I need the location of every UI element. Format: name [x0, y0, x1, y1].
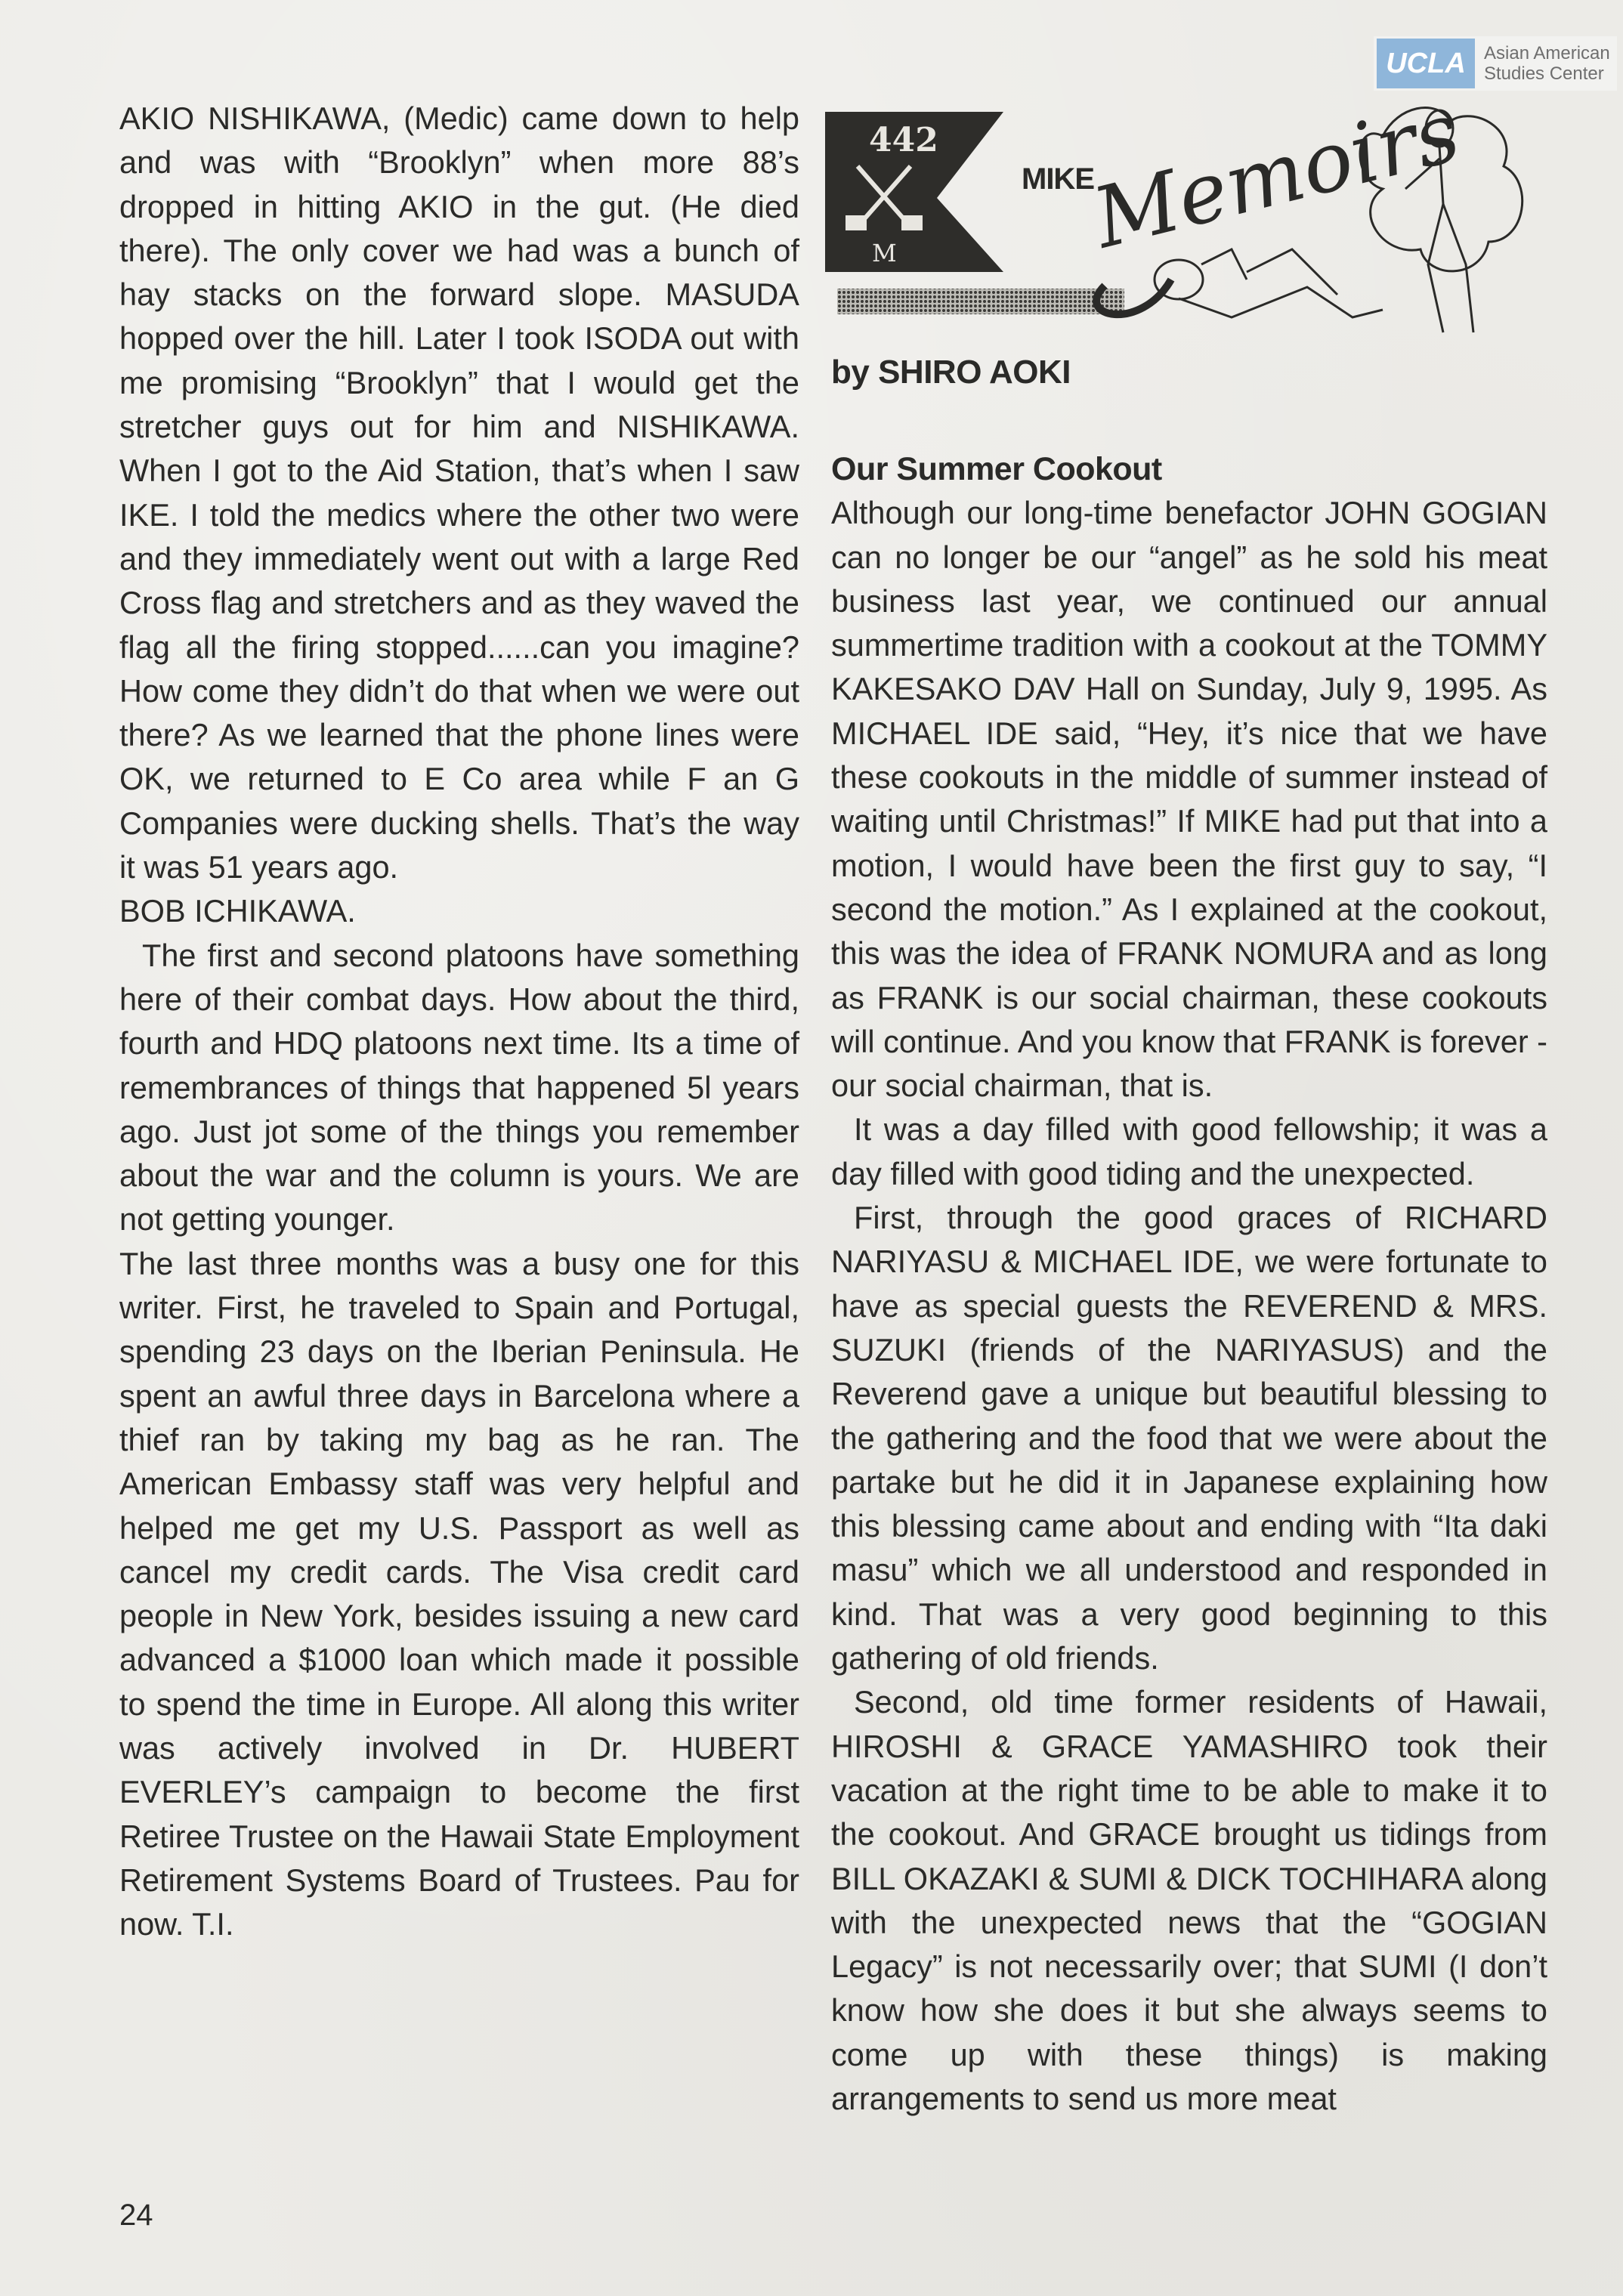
paragraph: The first and second platoons have somet… — [119, 934, 799, 1242]
right-column: Our Summer Cookout Although our long-tim… — [831, 447, 1547, 2121]
svg-text:442: 442 — [869, 121, 938, 159]
page-number: 24 — [119, 2199, 153, 2233]
signature: BOB ICHIKAWA. — [119, 889, 799, 933]
svg-text:M: M — [872, 239, 897, 267]
paragraph: It was a day filled with good fellowship… — [831, 1108, 1547, 1196]
svg-text:Memoirs: Memoirs — [1083, 91, 1469, 267]
center-name-line2: Studies Center — [1484, 63, 1610, 84]
ucla-aasc-badge: UCLA Asian American Studies Center — [1374, 36, 1617, 91]
soldier-illustration-icon — [1155, 249, 1383, 317]
paragraph: The last three months was a busy one for… — [119, 1242, 799, 1947]
ucla-logo: UCLA — [1377, 39, 1475, 88]
center-name: Asian American Studies Center — [1484, 43, 1610, 84]
halftone-bar — [837, 289, 1124, 314]
paragraph: AKIO NISHIKAWA, (Medic) came down to hel… — [119, 97, 799, 889]
paragraph: Second, old time former residents of Haw… — [831, 1680, 1547, 2121]
mike-memoirs-masthead: 442 M MIKE Memoirs — [824, 91, 1617, 348]
byline: by SHIRO AOKI — [831, 354, 1071, 391]
center-name-line1: Asian American — [1484, 43, 1610, 63]
left-column: AKIO NISHIKAWA, (Medic) came down to hel… — [119, 97, 799, 1946]
svg-text:MIKE: MIKE — [1022, 162, 1094, 196]
masthead-illustration: 442 M MIKE Memoirs — [824, 91, 1617, 348]
paragraph: First, through the good graces of RICHAR… — [831, 1196, 1547, 1680]
paragraph: Although our long-time benefactor JOHN G… — [831, 491, 1547, 1108]
section-heading: Our Summer Cookout — [831, 447, 1547, 491]
